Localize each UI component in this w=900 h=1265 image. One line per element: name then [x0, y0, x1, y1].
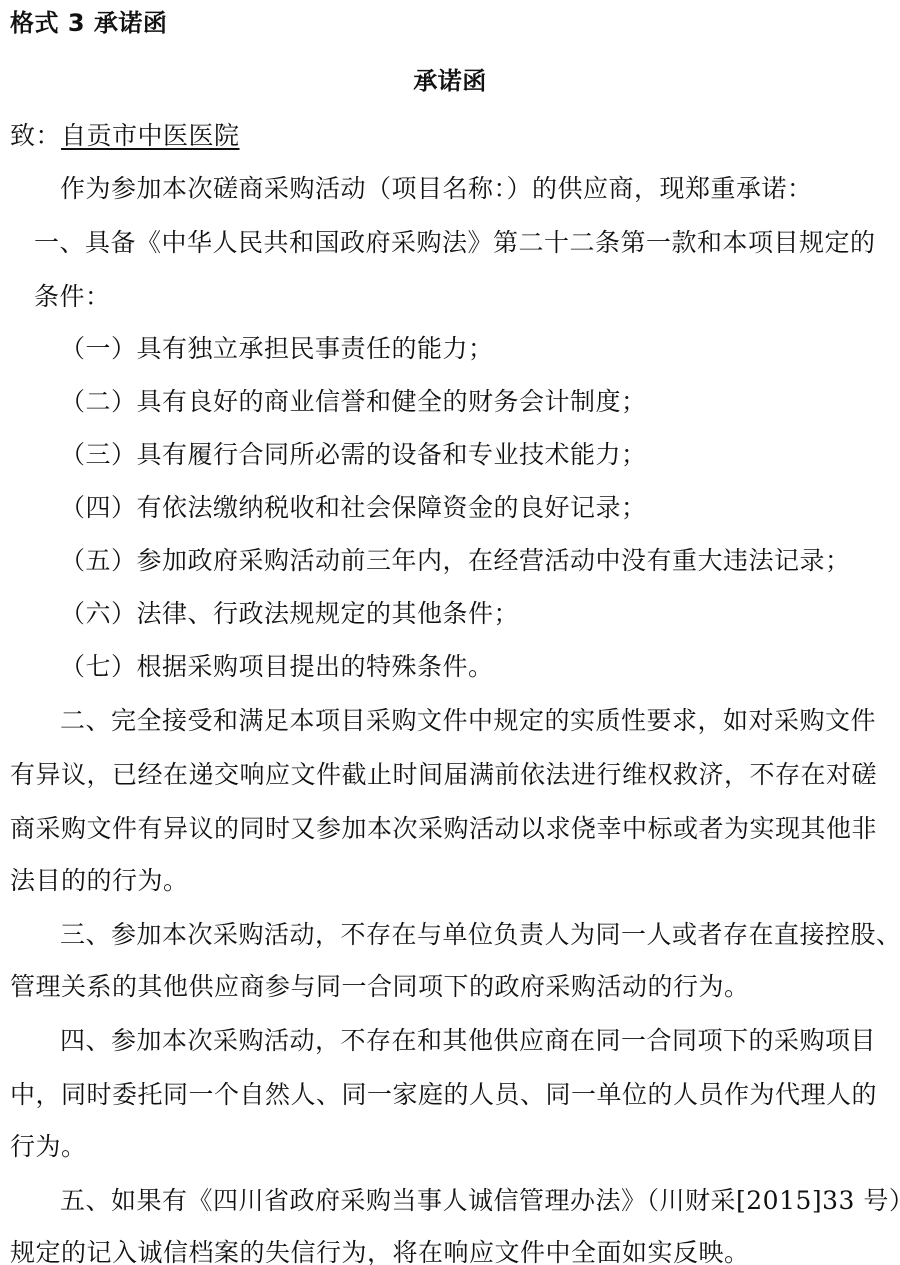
format-label: 格式 3 承诺函 [10, 8, 167, 38]
section2-line3: 商采购文件有异议的同时又参加本次采购活动以求侥幸中标或者为实现其他非 [10, 814, 877, 844]
recipient-prefix: 致： [10, 121, 61, 150]
condition-item-2: （二）具有良好的商业信誉和健全的财务会计制度； [60, 387, 647, 417]
condition-item-5: （五）参加政府采购活动前三年内，在经营活动中没有重大违法记录； [60, 546, 851, 576]
condition-item-7: （七）根据采购项目提出的特殊条件。 [60, 652, 494, 682]
section2-line4: 法目的的行为。 [10, 866, 189, 896]
condition-item-3: （三）具有履行合同所必需的设备和专业技术能力； [60, 440, 647, 470]
section4-line2: 中，同时委托同一个自然人、同一家庭的人员、同一单位的人员作为代理人的 [10, 1080, 877, 1110]
condition-item-6: （六）法律、行政法规规定的其他条件； [60, 599, 519, 629]
recipient-name: 自贡市中医医院 [61, 121, 240, 150]
document-title: 承诺函 [0, 66, 900, 96]
section1-line2: 条件： [34, 282, 111, 312]
condition-item-1: （一）具有独立承担民事责任的能力； [60, 334, 494, 364]
section5-line1: 五、如果有《四川省政府采购当事人诚信管理办法》（川财采[2015]33 号） [60, 1186, 900, 1216]
recipient-line: 致：自贡市中医医院 [10, 121, 240, 151]
section2-line1: 二、完全接受和满足本项目采购文件中规定的实质性要求，如对采购文件 [60, 706, 876, 736]
intro-paragraph: 作为参加本次磋商采购活动（项目名称：）的供应商，现郑重承诺： [60, 174, 813, 204]
section5-line2: 规定的记入诚信档案的失信行为，将在响应文件中全面如实反映。 [10, 1238, 750, 1265]
section3-line2: 管理关系的其他供应商参与同一合同项下的政府采购活动的行为。 [10, 972, 750, 1002]
section4-line3: 行为。 [10, 1132, 87, 1162]
section4-line1: 四、参加本次采购活动，不存在和其他供应商在同一合同项下的采购项目 [60, 1026, 876, 1056]
section1-line1: 一、具备《中华人民共和国政府采购法》第二十二条第一款和本项目规定的 [34, 228, 876, 258]
condition-item-4: （四）有依法缴纳税收和社会保障资金的良好记录； [60, 493, 647, 523]
section3-line1: 三、参加本次采购活动，不存在与单位负责人为同一人或者存在直接控股、 [60, 920, 900, 950]
section2-line2: 有异议，已经在递交响应文件截止时间届满前依法进行维权救济，不存在对磋 [10, 760, 877, 790]
